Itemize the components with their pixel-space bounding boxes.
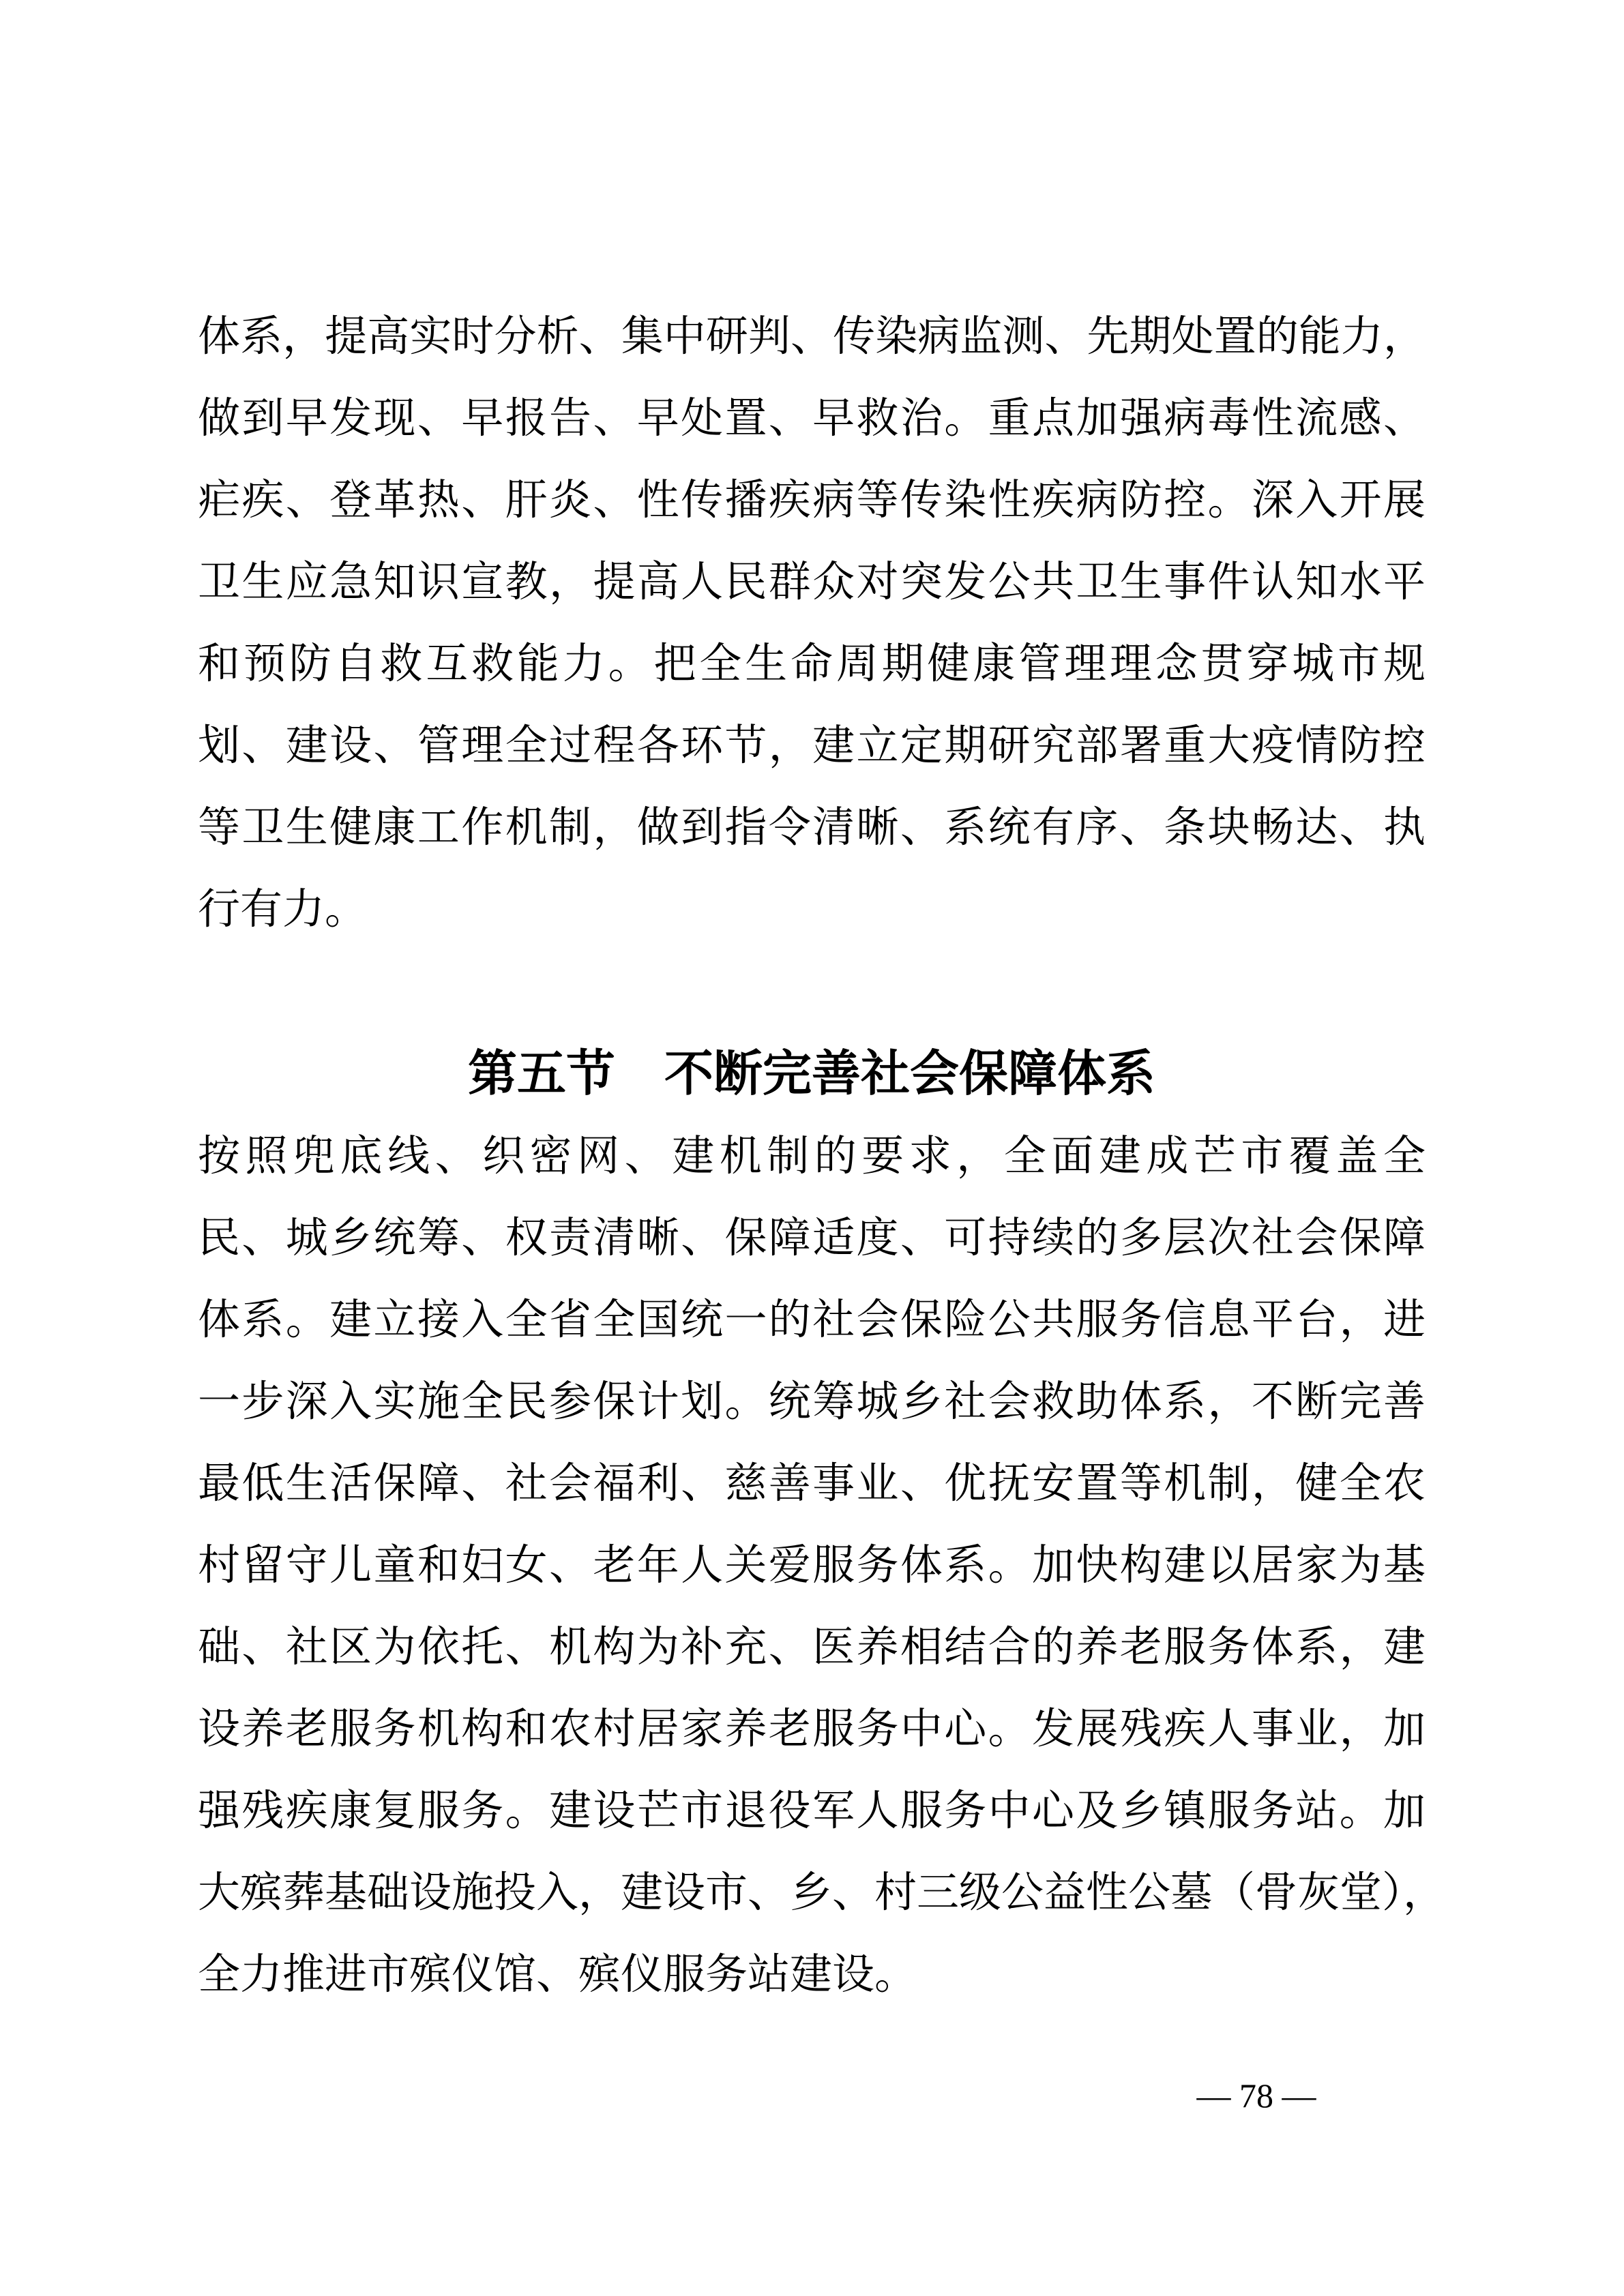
section-title: 不断完善社会保障体系 — [664, 1047, 1155, 1101]
text-line: 设养老服务机构和农村居家养老服务中心。发展残疾人事业，加 — [198, 1688, 1426, 1770]
page-number: — 78 — — [1086, 2072, 1427, 2119]
text-line: 体系，提高实时分析、集中研判、传染病监测、先期处置的能力， — [198, 296, 1426, 378]
text-line: 做到早发现、早报告、早处置、早救治。重点加强病毒性流感、 — [198, 378, 1426, 460]
text-line: 最低生活保障、社会福利、慈善事业、优抚安置等机制，健全农 — [198, 1443, 1426, 1525]
text-line: 强残疾康复服务。建设芒市退役军人服务中心及乡镇服务站。加 — [198, 1770, 1426, 1852]
section-heading: 第五节不断完善社会保障体系 — [198, 1033, 1426, 1115]
text-line: 民、城乡统筹、权责清晰、保障适度、可持续的多层次社会保障 — [198, 1197, 1426, 1279]
text-line: 疟疾、登革热、肝炎、性传播疾病等传染性疾病防控。深入开展 — [198, 460, 1426, 541]
text-line: 和预防自救互救能力。把全生命周期健康管理理念贯穿城市规 — [198, 623, 1426, 705]
text-line: 体系。建立接入全省全国统一的社会保险公共服务信息平台，进 — [198, 1279, 1426, 1361]
text-line: 等卫生健康工作机制，做到指令清晰、系统有序、条块畅达、执 — [198, 787, 1426, 869]
text-line: 按照兜底线、织密网、建机制的要求，全面建成芒市覆盖全 — [198, 1116, 1426, 1197]
text-line: 卫生应急知识宣教，提高人民群众对突发公共卫生事件认知水平 — [198, 541, 1426, 623]
text-line: 础、社区为依托、机构为补充、医养相结合的养老服务体系，建 — [198, 1607, 1426, 1688]
text-line: 大殡葬基础设施投入，建设市、乡、村三级公益性公墓（骨灰堂）， — [198, 1852, 1426, 1934]
text-line: 划、建设、管理全过程各环节，建立定期研究部署重大疫情防控 — [198, 705, 1426, 787]
text-line: 一步深入实施全民参保计划。统筹城乡社会救助体系，不断完善 — [198, 1361, 1426, 1443]
text-line: 全力推进市殡仪馆、殡仪服务站建设。 — [198, 1934, 1426, 2016]
paragraph-social-security: 按照兜底线、织密网、建机制的要求，全面建成芒市覆盖全民、城乡统筹、权责清晰、保障… — [198, 1116, 1426, 2016]
section-number: 第五节 — [468, 1047, 615, 1101]
text-line: 行有力。 — [198, 869, 1426, 951]
text-line: 村留守儿童和妇女、老年人关爱服务体系。加快构建以居家为基 — [198, 1525, 1426, 1607]
paragraph-continuation: 体系，提高实时分析、集中研判、传染病监测、先期处置的能力，做到早发现、早报告、早… — [198, 296, 1426, 951]
document-page: 体系，提高实时分析、集中研判、传染病监测、先期处置的能力，做到早发现、早报告、早… — [0, 0, 1624, 2296]
